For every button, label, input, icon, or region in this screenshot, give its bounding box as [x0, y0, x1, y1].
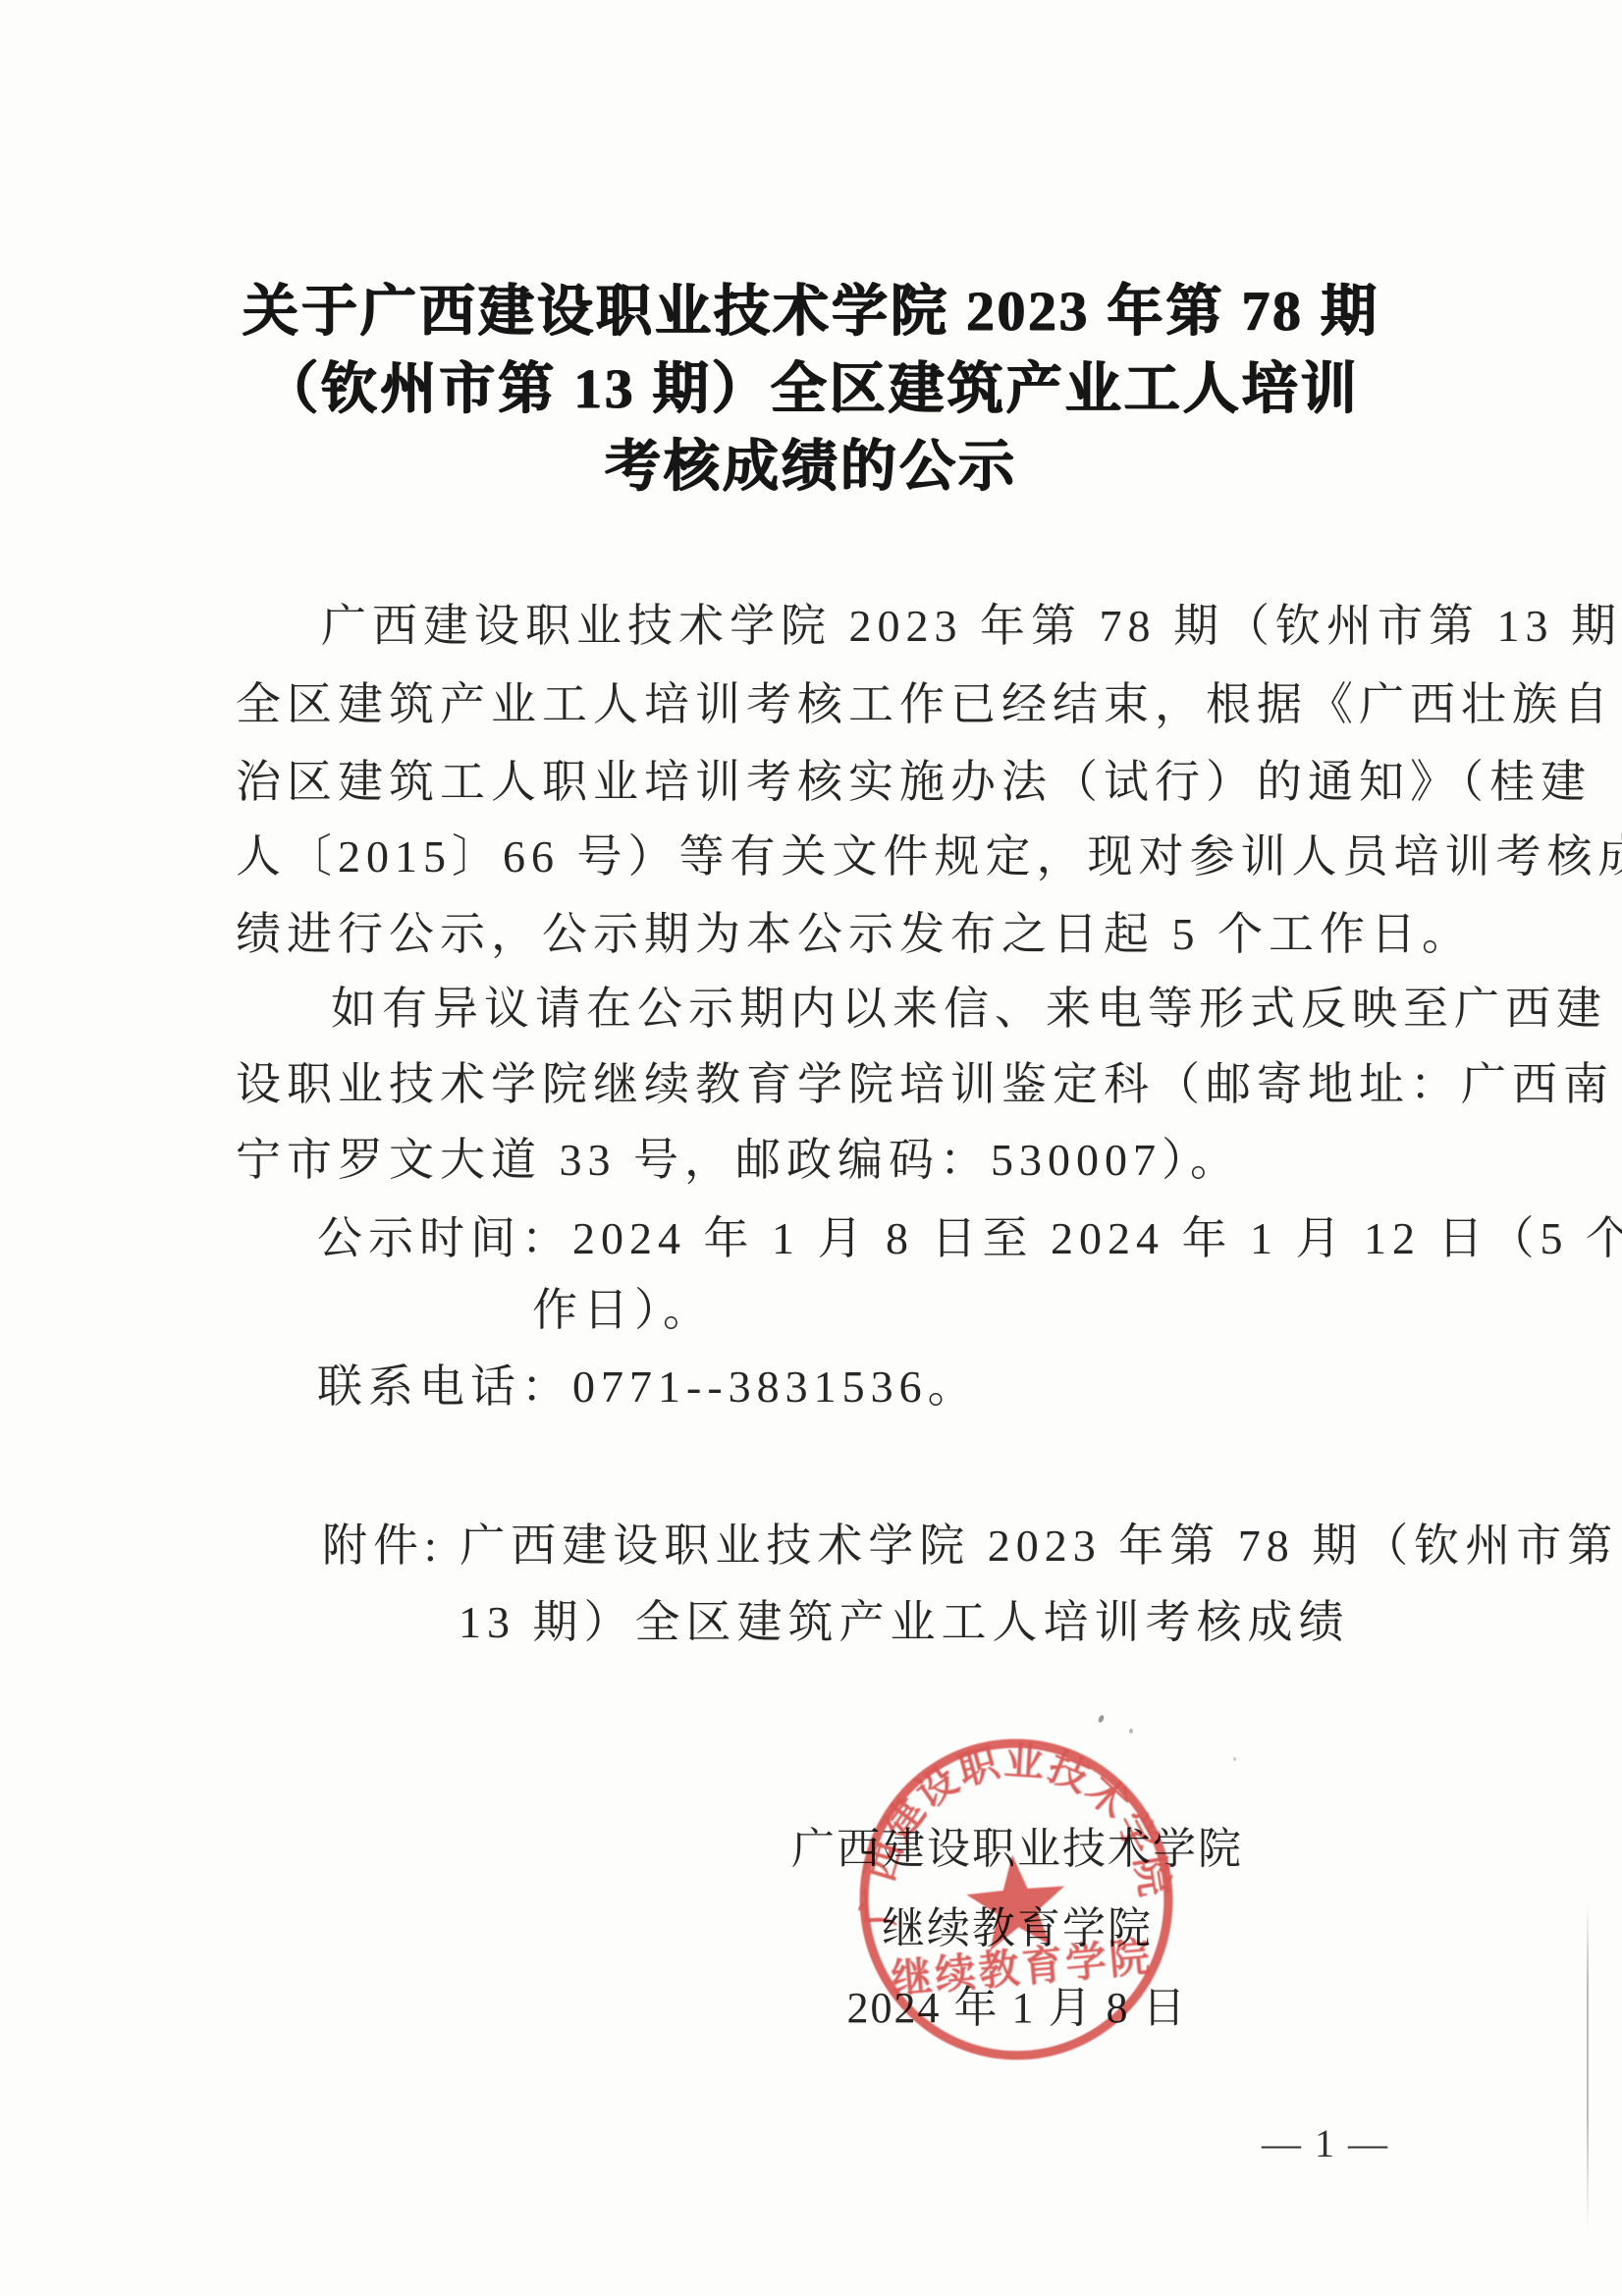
document-page: 关于广西建设职业技术学院 2023 年第 78 期 （钦州市第 13 期）全区建…	[0, 0, 1622, 2296]
page-number: — 1 —	[1237, 2120, 1414, 2167]
document-title: 关于广西建设职业技术学院 2023 年第 78 期 （钦州市第 13 期）全区建…	[0, 273, 1622, 506]
body-line: 广西建设职业技术学院 2023 年第 78 期（钦州市第 13 期）	[321, 587, 1622, 666]
red-star-icon	[963, 1850, 1069, 1952]
official-seal: 广西建设职业技术学院 继续教育学院	[838, 1722, 1194, 2077]
scan-artifact-line	[1587, 1904, 1589, 2228]
scan-speck	[1129, 1729, 1133, 1734]
body-line: 全区建筑产业工人培训考核工作已经结束，根据《广西壮族自	[236, 666, 1614, 744]
title-line-3: 考核成绩的公示	[0, 428, 1622, 506]
attachment-line: 13 期）全区建筑产业工人培训考核成绩	[459, 1583, 1350, 1662]
title-line-1: 关于广西建设职业技术学院 2023 年第 78 期	[0, 273, 1622, 350]
scan-speck	[1098, 1714, 1106, 1723]
body-line: 人〔2015〕66 号）等有关文件规定，现对参训人员培训考核成	[236, 818, 1622, 896]
seal-banner-text: 继续教育学院	[890, 1934, 1155, 2002]
notice-period-line: 作日）。	[532, 1271, 714, 1350]
body-line: 如有异议请在公示期内以来信、来电等形式反映至广西建	[331, 970, 1607, 1048]
body-line: 绩进行公示，公示期为本公示发布之日起 5 个工作日。	[236, 895, 1473, 974]
body-line: 治区建筑工人职业培训考核实施办法（试行）的通知》（桂建	[236, 743, 1592, 822]
scan-speck	[1233, 1757, 1236, 1761]
notice-period-line: 公示时间：2024 年 1 月 8 日至 2024 年 1 月 12 日（5 个…	[317, 1200, 1622, 1278]
contact-phone-line: 联系电话：0771--3831536。	[317, 1348, 979, 1426]
body-line: 设职业技术学院继续教育学院培训鉴定科（邮寄地址：广西南	[236, 1045, 1614, 1124]
title-line-2: （钦州市第 13 期）全区建筑产业工人培训	[0, 350, 1622, 428]
body-line: 宁市罗文大道 33 号，邮政编码：530007）。	[236, 1121, 1241, 1200]
attachment-line: 附件: 广西建设职业技术学院 2023 年第 78 期（钦州市第	[322, 1507, 1618, 1585]
